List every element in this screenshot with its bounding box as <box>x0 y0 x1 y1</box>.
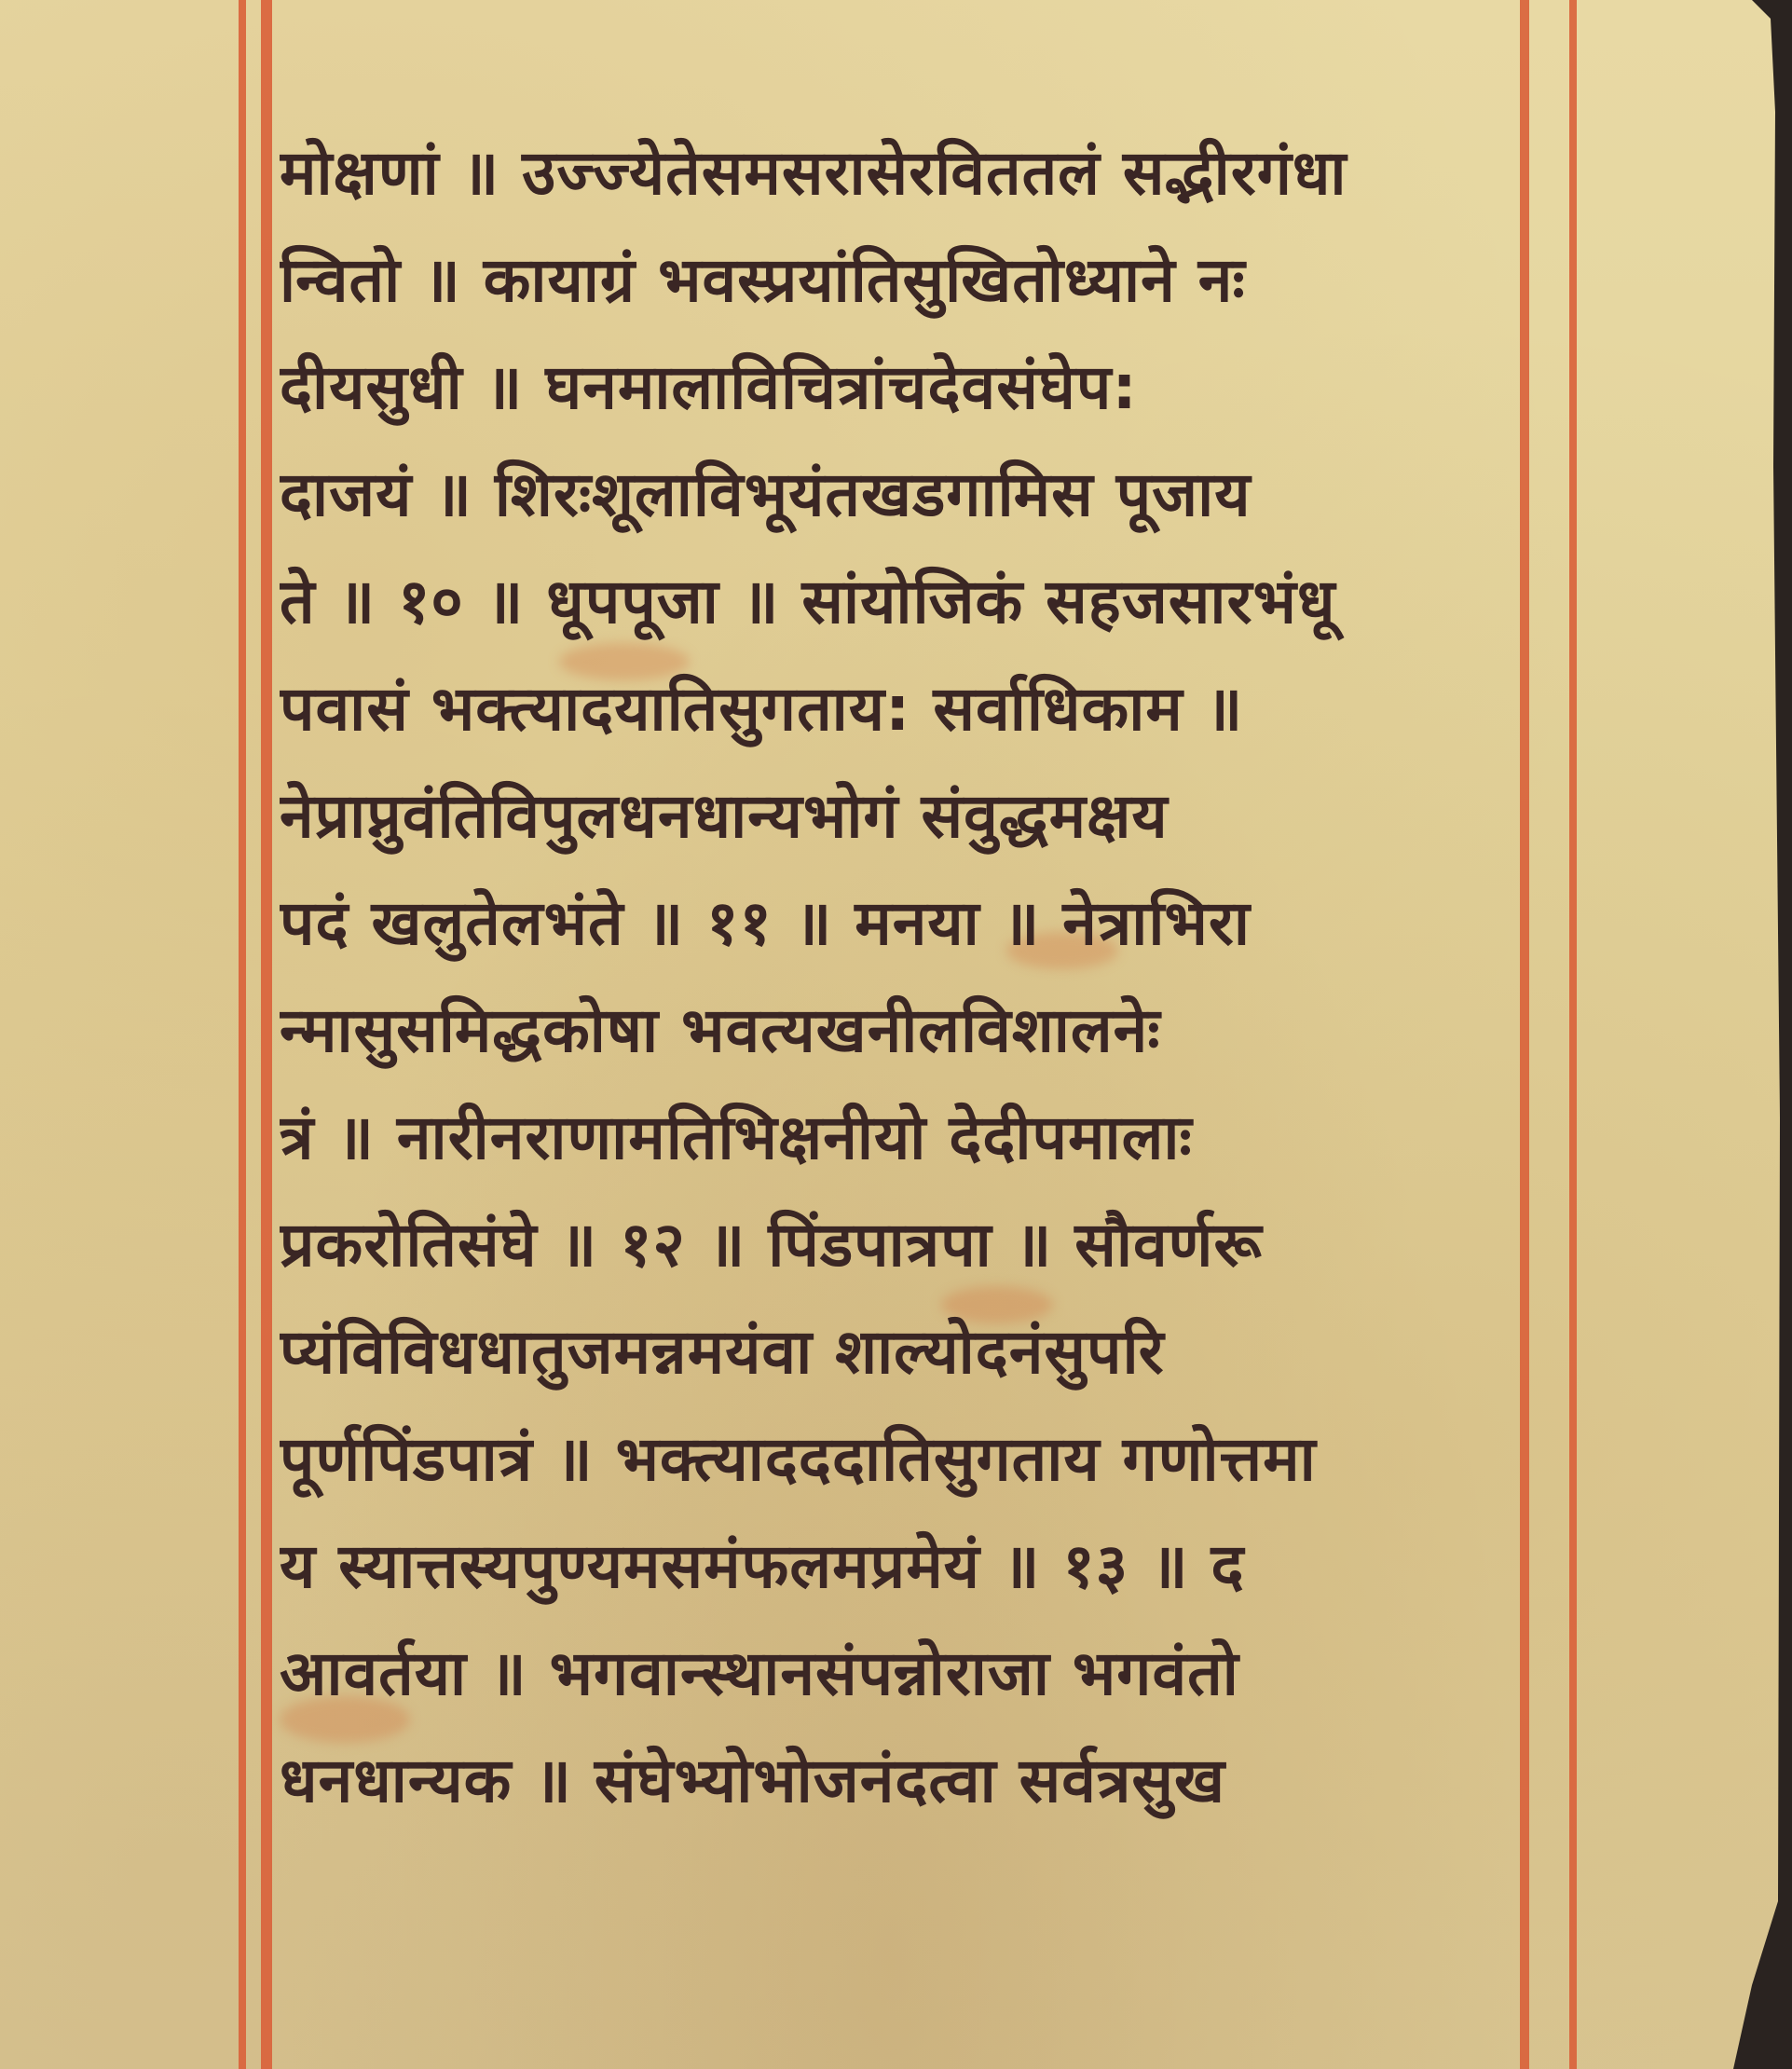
text-line: पूर्णपिंडपात्रं ॥ भक्त्यादददातिसुगताय गण… <box>280 1405 1528 1513</box>
text-line: नेप्राप्नुवंतिविपुलधनधान्यभोगं संवुद्धमक… <box>280 762 1528 870</box>
text-line: पवासं भक्त्यादयातिसुगताय: सर्वाधिकाम ॥ <box>280 655 1528 762</box>
text-line: त्रं ॥ नारीनराणामतिभिक्षनीयो देदीपमालाः <box>280 1084 1528 1191</box>
text-line: आवर्तया ॥ भगवान्स्थानसंपन्नोराजा भगवंतो <box>280 1620 1528 1727</box>
manuscript-text: मोक्षणां ॥ उज्ज्येतेसमसरासेरविततलं सद्भी… <box>280 119 1528 1834</box>
text-line: प्रकरोतिसंघे ॥ १२ ॥ पिंडपात्रपा ॥ सौवर्ण… <box>280 1191 1528 1298</box>
text-line: धनधान्यक ॥ संघेभ्योभोजनंदत्वा सर्वत्रसुख <box>280 1727 1528 1834</box>
text-line: दाजयं ॥ शिरःशूलाविभूयंतखडगामिस पूजाय <box>280 441 1528 548</box>
text-line: मोक्षणां ॥ उज्ज्येतेसमसरासेरविततलं सद्भी… <box>280 119 1528 226</box>
text-line: प्यंविविधधातुजमन्नमयंवा शाल्योदनंसुपरि <box>280 1298 1528 1405</box>
right-rule-outer <box>1569 0 1577 2069</box>
left-rule-inner <box>261 0 272 2069</box>
text-line: दीयसुधी ॥ घनमालाविचित्रांचदेवसंघेप: <box>280 334 1528 441</box>
text-line: पदं खलुतेलभंते ॥ ११ ॥ मनया ॥ नेत्राभिरा <box>280 870 1528 977</box>
text-line: ते ॥ १० ॥ धूपपूजा ॥ सांयोजिकं सहजसारभंधू <box>280 548 1528 655</box>
left-rule-outer <box>239 0 246 2069</box>
manuscript-leaf: मोक्षणां ॥ उज्ज्येतेसमसरासेरविततलं सद्भी… <box>0 0 1780 2069</box>
text-line: न्वितो ॥ कायाग्रं भवस्प्रयांतिसुखितोध्या… <box>280 226 1528 334</box>
text-line: न्मासुसमिद्धकोषा भवत्यखनीलविशालनेः <box>280 977 1528 1084</box>
text-line: य स्यात्तस्यपुण्यमसमंफलमप्रमेयं ॥ १३ ॥ द <box>280 1513 1528 1620</box>
